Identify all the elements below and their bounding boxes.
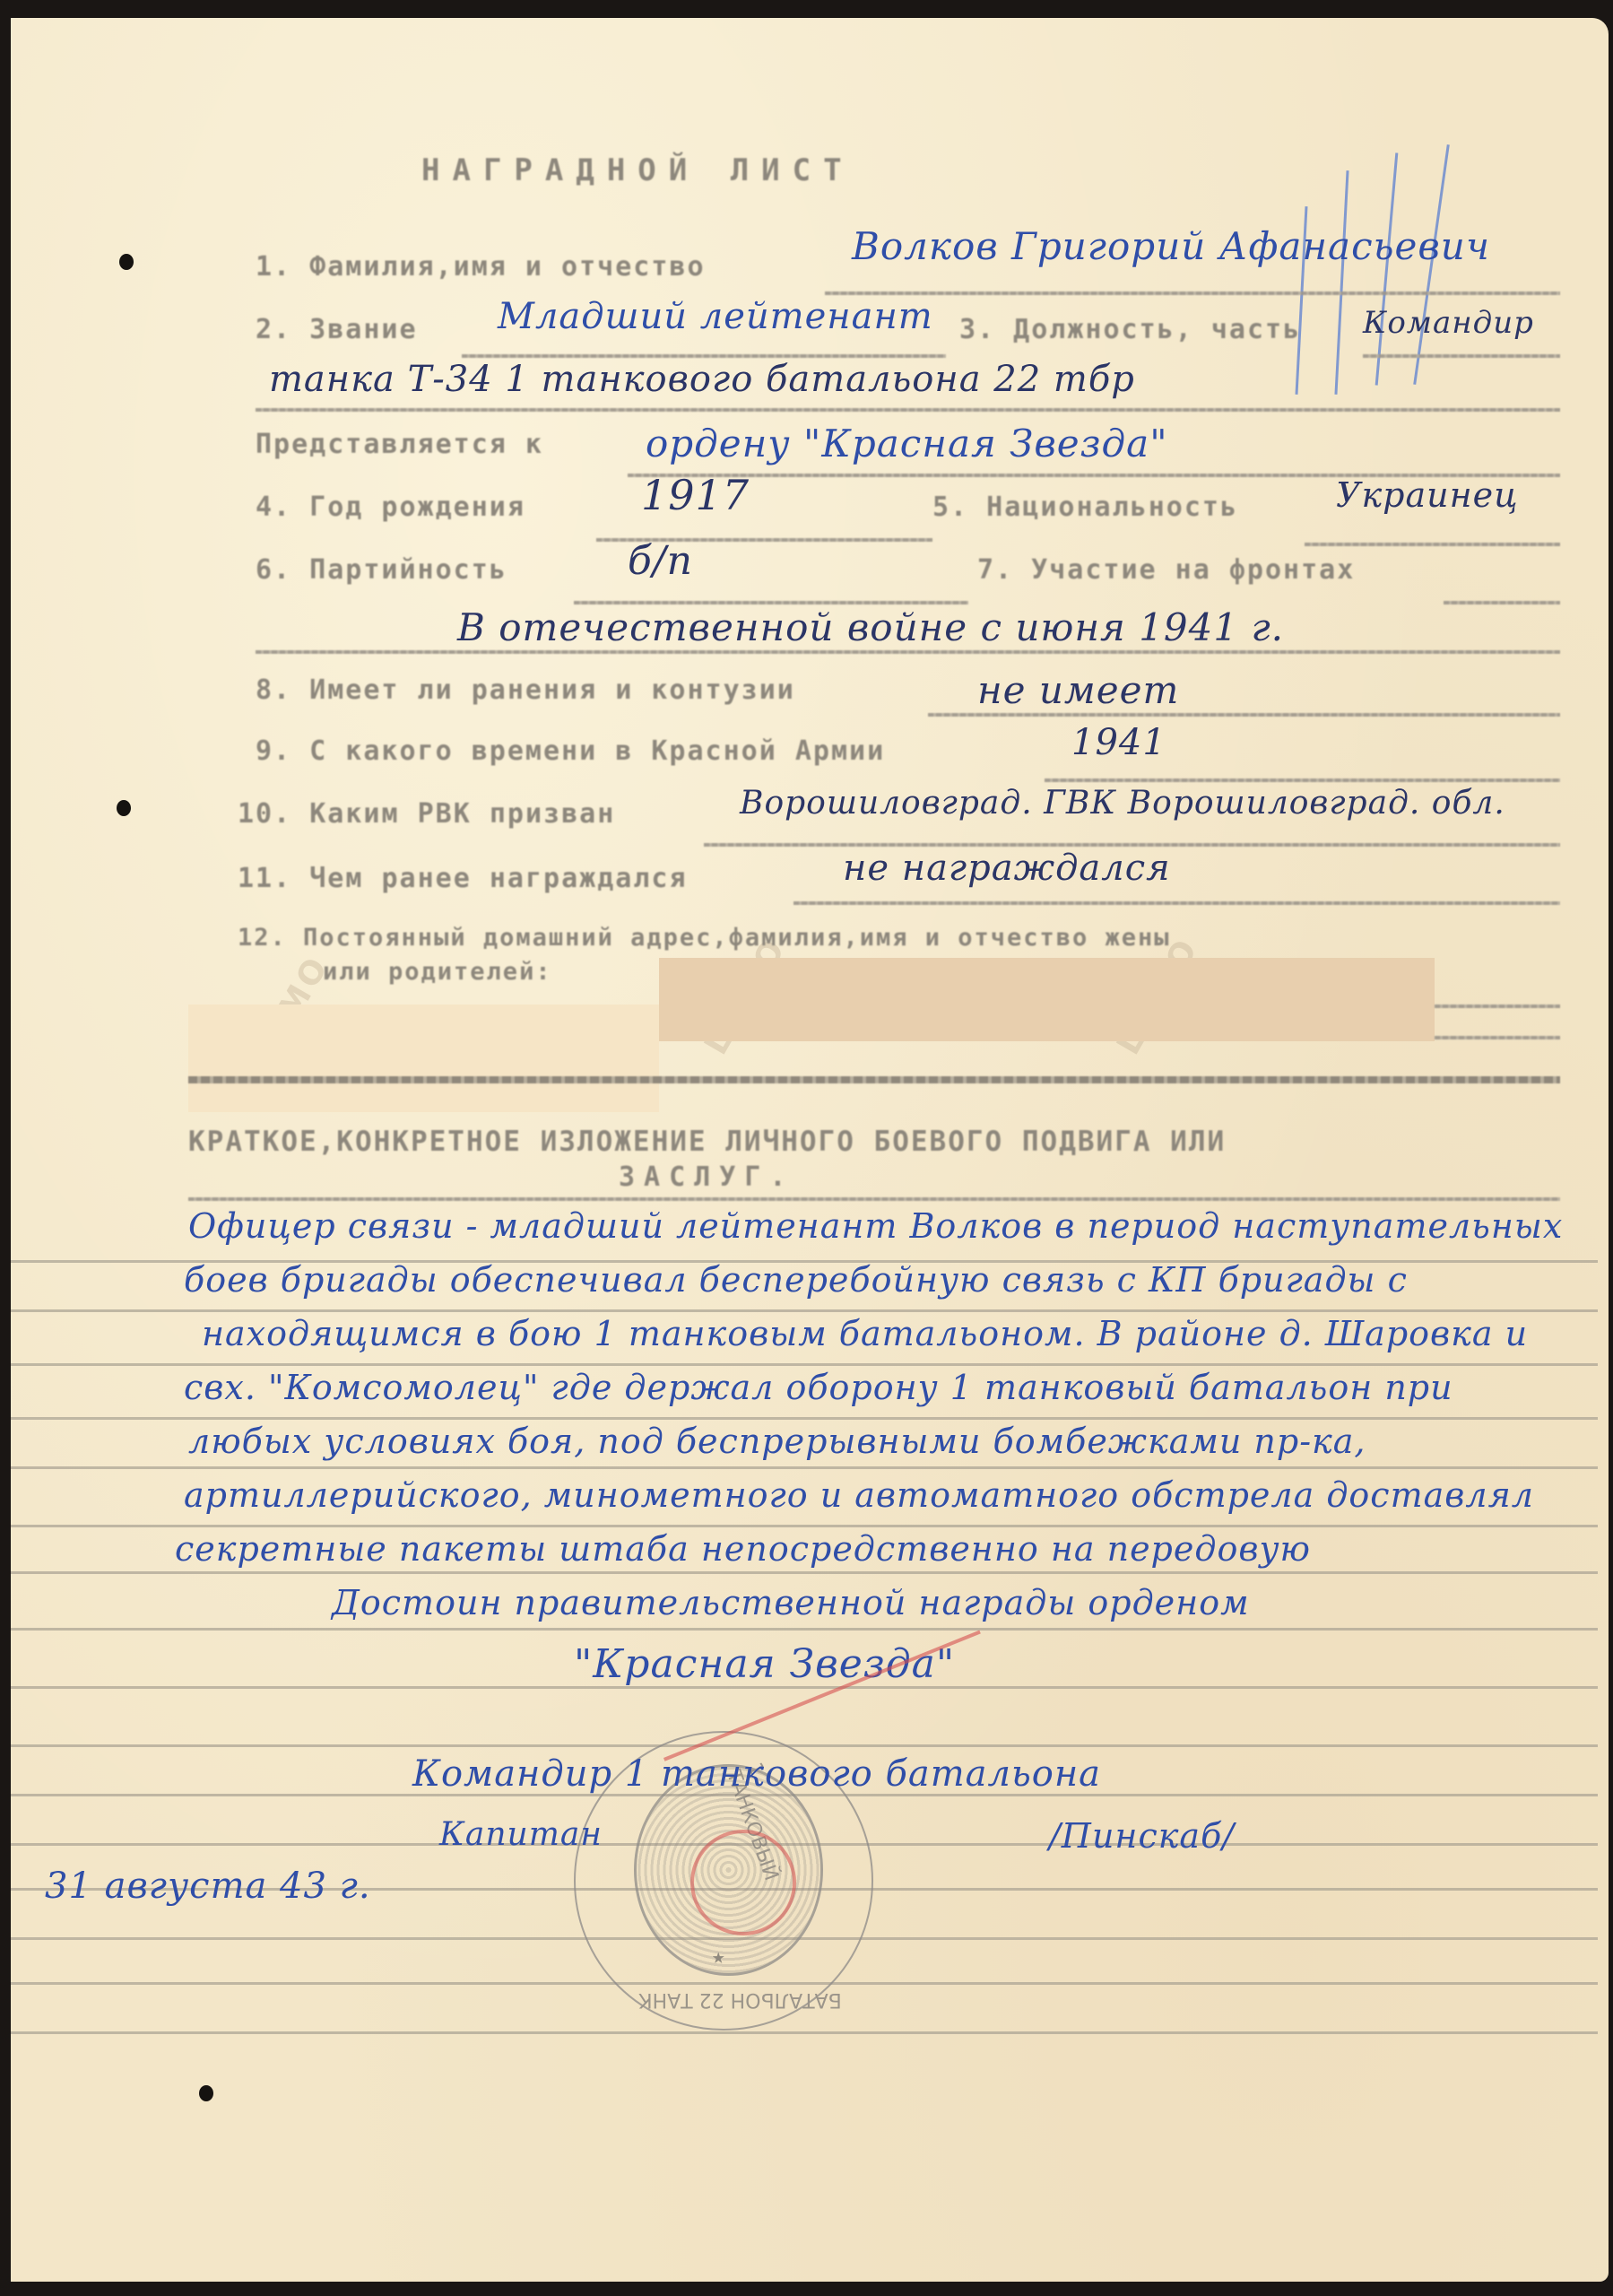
redacted-address-left [188,1004,659,1112]
ruled-line [11,1525,1598,1527]
field-3-line [1363,354,1560,358]
ruled-line [11,1466,1598,1469]
document-title: НАГРАДНОЙ ЛИСТ [421,152,854,188]
field-8-label: 8. Имеет ли ранения и контузии [256,674,795,706]
punch-hole-bottom [199,2085,213,2101]
section-separator [188,1076,1560,1083]
field-12-line-2 [1435,1036,1560,1039]
field-1-line [825,291,1560,295]
field-5-line [1305,543,1560,546]
citation-line: боев бригады обеспечивал бесперебойную с… [184,1260,1408,1300]
citation-line: Достоин правительственной награды ордено… [332,1583,1250,1622]
ruled-line [11,2031,1598,2034]
field-11-label: 11. Чем ранее награждался [238,863,688,894]
field-10-value: Ворошиловград. ГВК Ворошиловград. обл. [740,785,1505,822]
citation-line: секретные пакеты штаба непосредственно н… [175,1529,1311,1569]
field-11-value: не награждался [843,848,1171,889]
field-7-line-2 [256,650,1560,654]
citation-line: любых условиях боя, под беспрерывными бо… [188,1422,1366,1461]
punch-hole-middle [117,800,131,816]
signature-name: /Пинскаб/ [1049,1816,1235,1856]
field-10-line [704,843,1560,847]
stamp-text-bottom: БАТАЛЬОН 22 ТАНК [638,1988,842,2011]
citation-line: артиллерийского, минометного и автоматно… [184,1475,1534,1515]
field-7-value: В отечественной войне с июня 1941 г. [457,605,1284,649]
field-8-line [928,713,1560,717]
field-9-label: 9. С какого времени в Красной Армии [256,735,885,767]
section-13-header-line2: ЗАСЛУГ. [619,1161,794,1193]
presented-to-label: Представляется к [256,429,543,460]
field-11-line [793,901,1560,905]
ruled-line [11,1628,1598,1631]
field-4-value: 1917 [641,471,750,519]
field-2-label: 2. Звание [256,314,418,345]
field-5-label: 5. Национальность [932,491,1238,523]
citation-line: Офицер связи - младший лейтенант Волков … [188,1206,1563,1246]
field-3-line-2 [256,408,1560,412]
field-12-label-line1: 12. Постоянный домашний адрес,фамилия,им… [238,924,1171,952]
field-12-label-line2: или родителей: [323,958,552,986]
section-13-header-line1: КРАТКОЕ,КОНКРЕТНОЕ ИЗЛОЖЕНИЕ ЛИЧНОГО БОЕ… [188,1126,1226,1158]
field-6-value: б/п [628,538,693,584]
field-4-label: 4. Год рождения [256,491,525,523]
field-6-label: 6. Партийность [256,554,507,586]
redacted-address [659,958,1435,1041]
field-3-label: 3. Должность, часть [959,314,1301,345]
field-3-value-part2: танка Т-34 1 танкового батальона 22 тбр [269,359,1135,400]
presented-to-value: ордену "Красная Звезда" [646,422,1168,465]
star-icon: ★ [712,1944,724,1969]
citation-line: находящимся в бою 1 танковым батальоном.… [202,1314,1528,1353]
field-2-value: Младший лейтенант [498,296,933,337]
red-pencil-circle [690,1830,796,1935]
field-2-line [462,354,946,358]
signature-rank: Капитан [439,1816,603,1853]
citation-line: свх. "Комсомолец" где держал оборону 1 т… [184,1368,1453,1407]
section-13-rule [188,1197,1560,1201]
field-3-value-part1: Командир [1363,305,1534,341]
field-1-value: Волков Григорий Афанасьевич [852,224,1490,268]
field-1-label: 1. Фамилия,имя и отчество [256,251,706,283]
document-date: 31 августа 43 г. [45,1865,371,1907]
signature-title: Командир 1 танкового батальона [412,1753,1101,1795]
punch-hole-top [119,254,134,270]
field-9-value: 1941 [1071,722,1166,763]
field-7-line [1444,601,1560,604]
field-12-line [1435,1004,1560,1008]
field-5-value: Украинец [1336,475,1519,515]
ruled-line [11,1571,1598,1574]
field-7-label: 7. Участие на фронтах [977,554,1355,586]
ruled-line [11,1417,1598,1420]
field-6-line [574,601,968,604]
ruled-line [11,1309,1598,1312]
field-8-value: не имеет [977,668,1179,712]
field-10-label: 10. Каким РВК призван [238,798,615,830]
field-9-line [1045,778,1560,782]
ruled-line [11,1363,1598,1366]
